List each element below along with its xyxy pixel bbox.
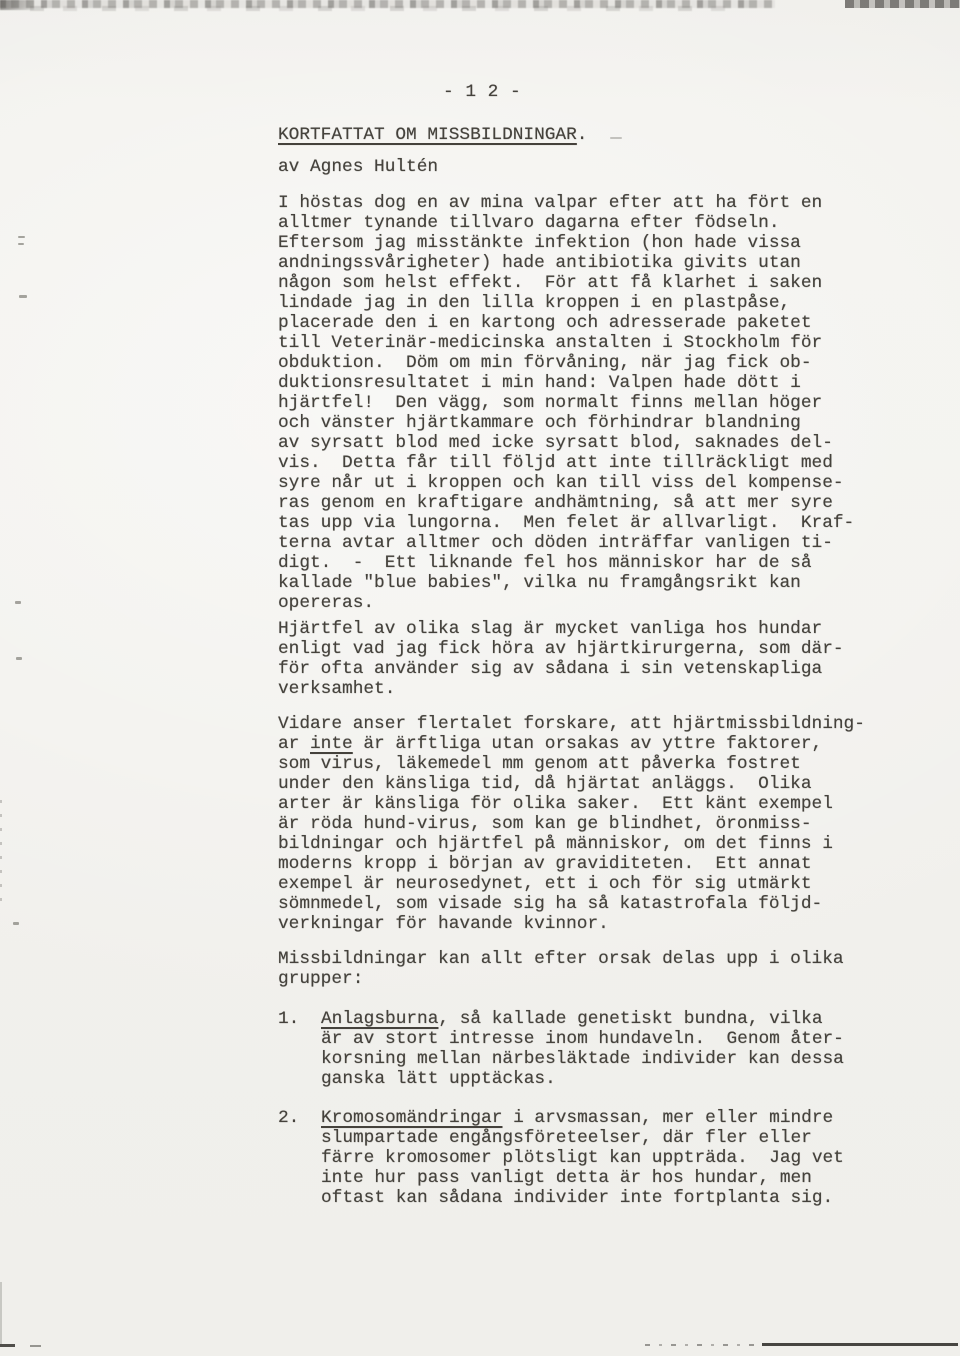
scan-artifact-speck bbox=[16, 657, 22, 660]
list-item-1-term: Anlagsburna bbox=[321, 1009, 438, 1029]
underlined-word-inte: inte bbox=[310, 734, 353, 754]
scan-artifact-left-edge-line bbox=[0, 1282, 2, 1346]
list-item-2-number: 2. bbox=[278, 1108, 321, 1208]
list-item-1-body: Anlagsburna, så kallade genetiskt bundna… bbox=[321, 1009, 844, 1089]
page-number: - 1 2 - bbox=[443, 82, 521, 102]
scan-artifact-speck bbox=[610, 137, 622, 139]
scan-artifact-bottom-right-line bbox=[762, 1343, 958, 1346]
byline: av Agnes Hultén bbox=[278, 157, 438, 177]
scan-artifact-speck bbox=[18, 236, 25, 238]
scan-artifact-speck bbox=[13, 922, 19, 925]
paragraph-heart-defects: Hjärtfel av olika slag är mycket vanliga… bbox=[278, 619, 858, 699]
scan-artifact-left-edge-ticks bbox=[0, 800, 2, 910]
scan-artifact-speck bbox=[18, 243, 24, 245]
scan-artifact-top-left-corner bbox=[0, 0, 34, 10]
paragraph-intro: I höstas dog en av mina valpar efter att… bbox=[278, 193, 858, 613]
scan-artifact-speck bbox=[19, 295, 27, 298]
list-item-1-number: 1. bbox=[278, 1009, 321, 1089]
document-title-text: KORTFATTAT OM MISSBILDNINGAR bbox=[278, 125, 577, 145]
scan-artifact-bottom-left-line bbox=[0, 1344, 15, 1347]
paragraph-researchers: Vidare anser flertalet forskare, att hjä… bbox=[278, 714, 868, 934]
scan-artifact-bottom-dots bbox=[645, 1344, 760, 1346]
scan-artifact-top-band-ragged bbox=[30, 6, 730, 11]
list-item-2: 2. Kromosomändringar i arvsmassan, mer e… bbox=[278, 1108, 878, 1208]
paragraph-researchers-post: är ärftliga utan orsakas av yttre faktor… bbox=[278, 734, 833, 934]
list-item-2-term: Kromosomändringar bbox=[321, 1108, 502, 1128]
list-item-2-body: Kromosomändringar i arvsmassan, mer elle… bbox=[321, 1108, 844, 1208]
scan-artifact-top-band bbox=[0, 0, 775, 8]
list-item-1: 1. Anlagsburna, så kallade genetiskt bun… bbox=[278, 1009, 878, 1089]
paragraph-groups-intro: Missbildningar kan allt efter orsak dela… bbox=[278, 949, 858, 989]
document-title-period: . bbox=[577, 125, 588, 145]
scan-artifact-top-band-right bbox=[845, 0, 960, 8]
document-title: KORTFATTAT OM MISSBILDNINGAR. bbox=[278, 125, 587, 145]
scan-artifact-speck bbox=[15, 601, 21, 604]
scanned-document-page: - 1 2 - KORTFATTAT OM MISSBILDNINGAR. av… bbox=[0, 0, 960, 1356]
scan-artifact-bottom-left-dash bbox=[30, 1345, 41, 1347]
